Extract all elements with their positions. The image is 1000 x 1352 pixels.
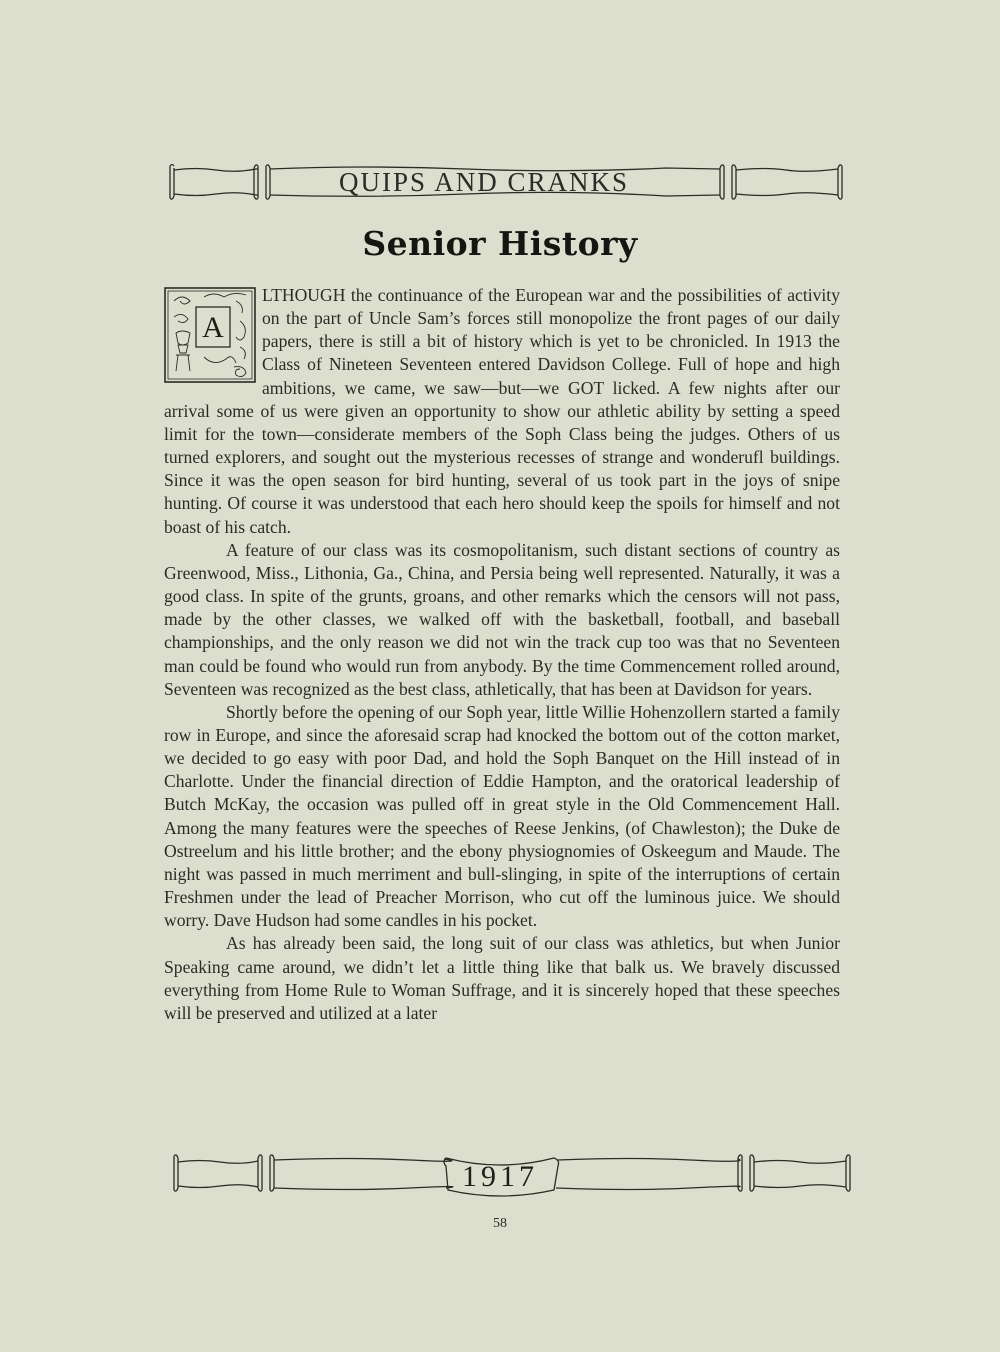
article-title: Senior History xyxy=(0,224,1000,263)
yearbook-year: 1917 xyxy=(452,1160,548,1194)
page-number: 58 xyxy=(0,1216,1000,1232)
dropcap-letter: A xyxy=(198,310,228,346)
paragraph-1: A LTHOUGH the continuance of the Europea… xyxy=(164,284,840,539)
paragraph-4: As has already been said, the long suit … xyxy=(164,932,840,1025)
footer-banner: 1917 xyxy=(170,1150,854,1200)
section-title: QUIPS AND CRANKS xyxy=(254,160,714,202)
illuminated-dropcap: A xyxy=(164,287,256,383)
section-header-banner: QUIPS AND CRANKS xyxy=(166,160,846,202)
paragraph-2: A feature of our class was its cosmopoli… xyxy=(164,539,840,701)
article-body: A LTHOUGH the continuance of the Europea… xyxy=(164,284,840,1025)
paragraph-1-text: LTHOUGH the continuance of the European … xyxy=(164,285,840,537)
yearbook-page: QUIPS AND CRANKS Senior History xyxy=(0,0,1000,1352)
paragraph-3: Shortly before the opening of our Soph y… xyxy=(164,701,840,933)
